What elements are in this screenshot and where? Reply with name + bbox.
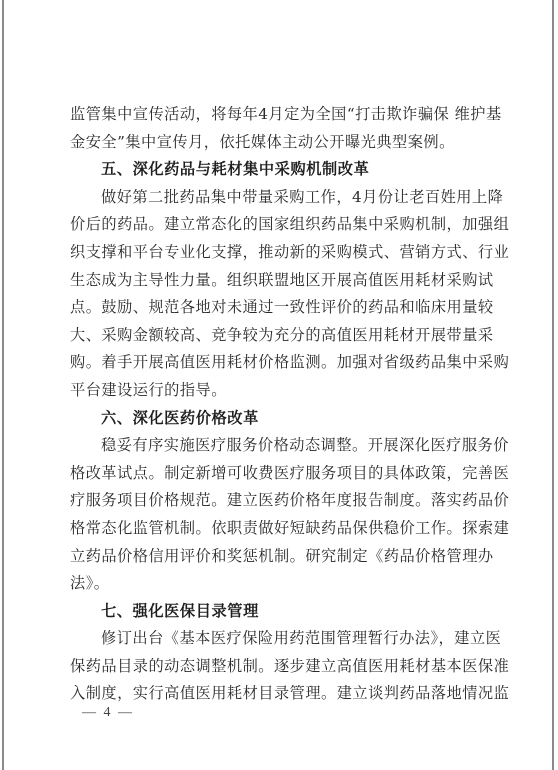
body-line: 金安全”集中宣传月，依托媒体主动公开曝光典型案例。 [70,129,486,157]
body-line: 格改革试点。制定新增可收费医疗服务项目的具体政策，完善医 [70,460,486,488]
body-line: 保药品目录的动态调整机制。逐步建立高值医用耗材基本医保准 [70,653,486,681]
body-line: 法》。 [70,570,486,598]
body-line: 疗服务项目价格规范。建立医药价格年度报告制度。落实药品价 [70,487,486,515]
body-line: 做好第二批药品集中带量采购工作，4月份让老百姓用上降 [70,184,486,212]
document-page: 监管集中宣传活动，将每年4月定为全国“打击欺诈骗保 维护基 金安全”集中宣传月，… [70,101,486,708]
body-line: 点。鼓励、规范各地对未通过一致性评价的药品和临床用量较 [70,294,486,322]
body-line: 监管集中宣传活动，将每年4月定为全国“打击欺诈骗保 维护基 [70,101,486,129]
page-number: — 4 — [82,705,134,721]
body-line: 稳妥有序实施医疗服务价格动态调整。开展深化医疗服务价 [70,432,486,460]
body-line: 购。着手开展高值医用耗材价格监测。加强对省级药品集中采购 [70,349,486,377]
section-heading-7: 七、强化医保目录管理 [70,598,486,626]
body-line: 生态成为主导性力量。组织联盟地区开展高值医用耗材采购试 [70,267,486,295]
body-line: 入制度，实行高值医用耗材目录管理。建立谈判药品落地情况监 [70,680,486,708]
body-line: 格常态化监管机制。依职责做好短缺药品保供稳价工作。探索建 [70,515,486,543]
page-border-right [552,0,554,770]
section-heading-6: 六、深化医药价格改革 [70,405,486,433]
body-line: 修订出台《基本医疗保险用药范围管理暂行办法》，建立医 [70,625,486,653]
body-line: 立药品价格信用评价和奖惩机制。研究制定《药品价格管理办 [70,543,486,571]
body-line: 大、采购金额较高、竞争较为充分的高值医用耗材开展带量采 [70,322,486,350]
body-line: 织支撑和平台专业化支撑，推动新的采购模式、营销方式、行业 [70,239,486,267]
body-line: 价后的药品。建立常态化的国家组织药品集中采购机制，加强组 [70,211,486,239]
section-heading-5: 五、深化药品与耗材集中采购机制改革 [70,156,486,184]
body-line: 平台建设运行的指导。 [70,377,486,405]
page-border-left [2,0,4,770]
